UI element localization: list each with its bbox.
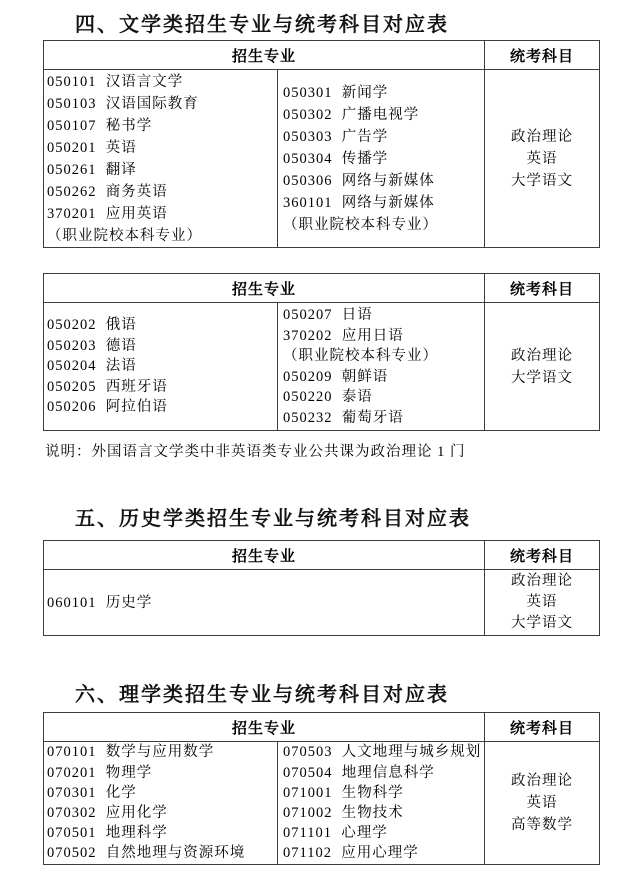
subject-line: 英语 [527,148,558,170]
majors-left-cell: 070101 数学与应用数学070201 物理学070301 化学070302 … [44,742,278,864]
table-header-row: 招生专业 统考科目 [44,713,599,742]
majors-middle-cell: 050207 日语370202 应用日语（职业院校本科专业）050209 朝鲜语… [278,303,485,430]
subject-line: 英语 [527,792,558,814]
subjects-cell: 政治理论大学语文 [485,303,599,430]
major-line: 070301 化学 [47,783,277,803]
subjects-cell: 政治理论英语大学语文 [485,70,599,247]
subject-line: 大学语文 [511,170,573,192]
history-majors-table: 招生专业 统考科目 060101 历史学 政治理论英语大学语文 [43,540,600,636]
major-line: 370202 应用日语 [283,326,484,347]
subject-line: 大学语文 [511,367,573,389]
major-line: 050306 网络与新媒体 [283,170,484,192]
major-line: 050209 朝鲜语 [283,367,484,388]
majors-middle-cell: 050301 新闻学050302 广播电视学050303 广告学050304 传… [278,70,485,247]
major-line: 050204 法语 [47,356,277,377]
major-line: 050304 传播学 [283,148,484,170]
subjects-header-cell: 统考科目 [485,541,599,569]
subjects-cell: 政治理论英语高等数学 [485,742,599,864]
table-body-row: 050101 汉语言文学050103 汉语国际教育050107 秘书学05020… [44,70,599,247]
major-line: 070502 自然地理与资源环境 [47,843,277,863]
major-line: 050207 日语 [283,305,484,326]
table-body-row: 070101 数学与应用数学070201 物理学070301 化学070302 … [44,742,599,864]
subject-line: 英语 [527,592,558,613]
major-line: 050103 汉语国际教育 [47,93,277,115]
majors-header-cell: 招生专业 [44,274,485,302]
major-line: 070101 数学与应用数学 [47,742,277,762]
major-line: 360101 网络与新媒体 [283,192,484,214]
major-line: 050107 秘书学 [47,115,277,137]
major-line: 050101 汉语言文学 [47,71,277,93]
table-body-row: 060101 历史学 政治理论英语大学语文 [44,570,599,635]
major-line: （职业院校本科专业） [47,225,277,247]
table-header-row: 招生专业 统考科目 [44,541,599,570]
major-line: 071101 心理学 [283,823,484,843]
major-line: 071002 生物技术 [283,803,484,823]
majors-left-cell: 050202 俄语050203 德语050204 法语050205 西班牙语05… [44,303,278,430]
science-majors-table: 招生专业 统考科目 070101 数学与应用数学070201 物理学070301… [43,712,600,865]
subject-line: 高等数学 [511,814,573,836]
majors-middle-cell: 070503 人文地理与城乡规划070504 地理信息科学071001 生物科学… [278,742,485,864]
subjects-header-cell: 统考科目 [485,274,599,302]
majors-header-cell: 招生专业 [44,541,485,569]
major-line: 070504 地理信息科学 [283,763,484,783]
note-text: 说明：外国语言文学类中非英语类专业公共课为政治理论 1 门 [45,440,466,461]
major-line: 071001 生物科学 [283,783,484,803]
subject-line: 政治理论 [511,770,573,792]
major-line: 071102 应用心理学 [283,843,484,863]
major-line: 050302 广播电视学 [283,104,484,126]
major-line: 060101 历史学 [47,592,484,614]
major-line: 050220 泰语 [283,387,484,408]
subject-line: 大学语文 [511,613,573,634]
major-line: 050201 英语 [47,137,277,159]
major-line: 050205 西班牙语 [47,377,277,398]
table-header-row: 招生专业 统考科目 [44,41,599,70]
foreign-language-majors-table: 招生专业 统考科目 050202 俄语050203 德语050204 法语050… [43,273,600,431]
major-line: 070503 人文地理与城乡规划 [283,742,484,762]
subject-line: 政治理论 [511,571,573,592]
subjects-header-cell: 统考科目 [485,713,599,741]
section-6-title: 六、理学类招生专业与统考科目对应表 [75,678,449,707]
major-line: 050301 新闻学 [283,82,484,104]
subject-line: 政治理论 [511,126,573,148]
major-line: 050303 广告学 [283,126,484,148]
section-5-title: 五、历史学类招生专业与统考科目对应表 [75,502,471,531]
subject-line: 政治理论 [511,345,573,367]
major-line: 050206 阿拉伯语 [47,397,277,418]
major-line: （职业院校本科专业） [283,214,484,236]
major-line: 370201 应用英语 [47,203,277,225]
table-body-row: 050202 俄语050203 德语050204 法语050205 西班牙语05… [44,303,599,430]
table-header-row: 招生专业 统考科目 [44,274,599,303]
section-4-title: 四、文学类招生专业与统考科目对应表 [75,8,449,37]
major-line: 070302 应用化学 [47,803,277,823]
majors-left-cell: 050101 汉语言文学050103 汉语国际教育050107 秘书学05020… [44,70,278,247]
majors-header-cell: 招生专业 [44,713,485,741]
majors-header-cell: 招生专业 [44,41,485,69]
subjects-cell: 政治理论英语大学语文 [485,570,599,635]
major-line: 050202 俄语 [47,315,277,336]
major-line: 070501 地理科学 [47,823,277,843]
subjects-header-cell: 统考科目 [485,41,599,69]
major-line: 050262 商务英语 [47,181,277,203]
major-line: 050232 葡萄牙语 [283,408,484,429]
document-page: 四、文学类招生专业与统考科目对应表 招生专业 统考科目 050101 汉语言文学… [0,0,643,876]
major-line: 070201 物理学 [47,763,277,783]
major-line: 050261 翻译 [47,159,277,181]
major-line: （职业院校本科专业） [283,346,484,367]
majors-left-cell: 060101 历史学 [44,570,485,635]
literature-majors-table-1: 招生专业 统考科目 050101 汉语言文学050103 汉语国际教育05010… [43,40,600,248]
major-line: 050203 德语 [47,336,277,357]
